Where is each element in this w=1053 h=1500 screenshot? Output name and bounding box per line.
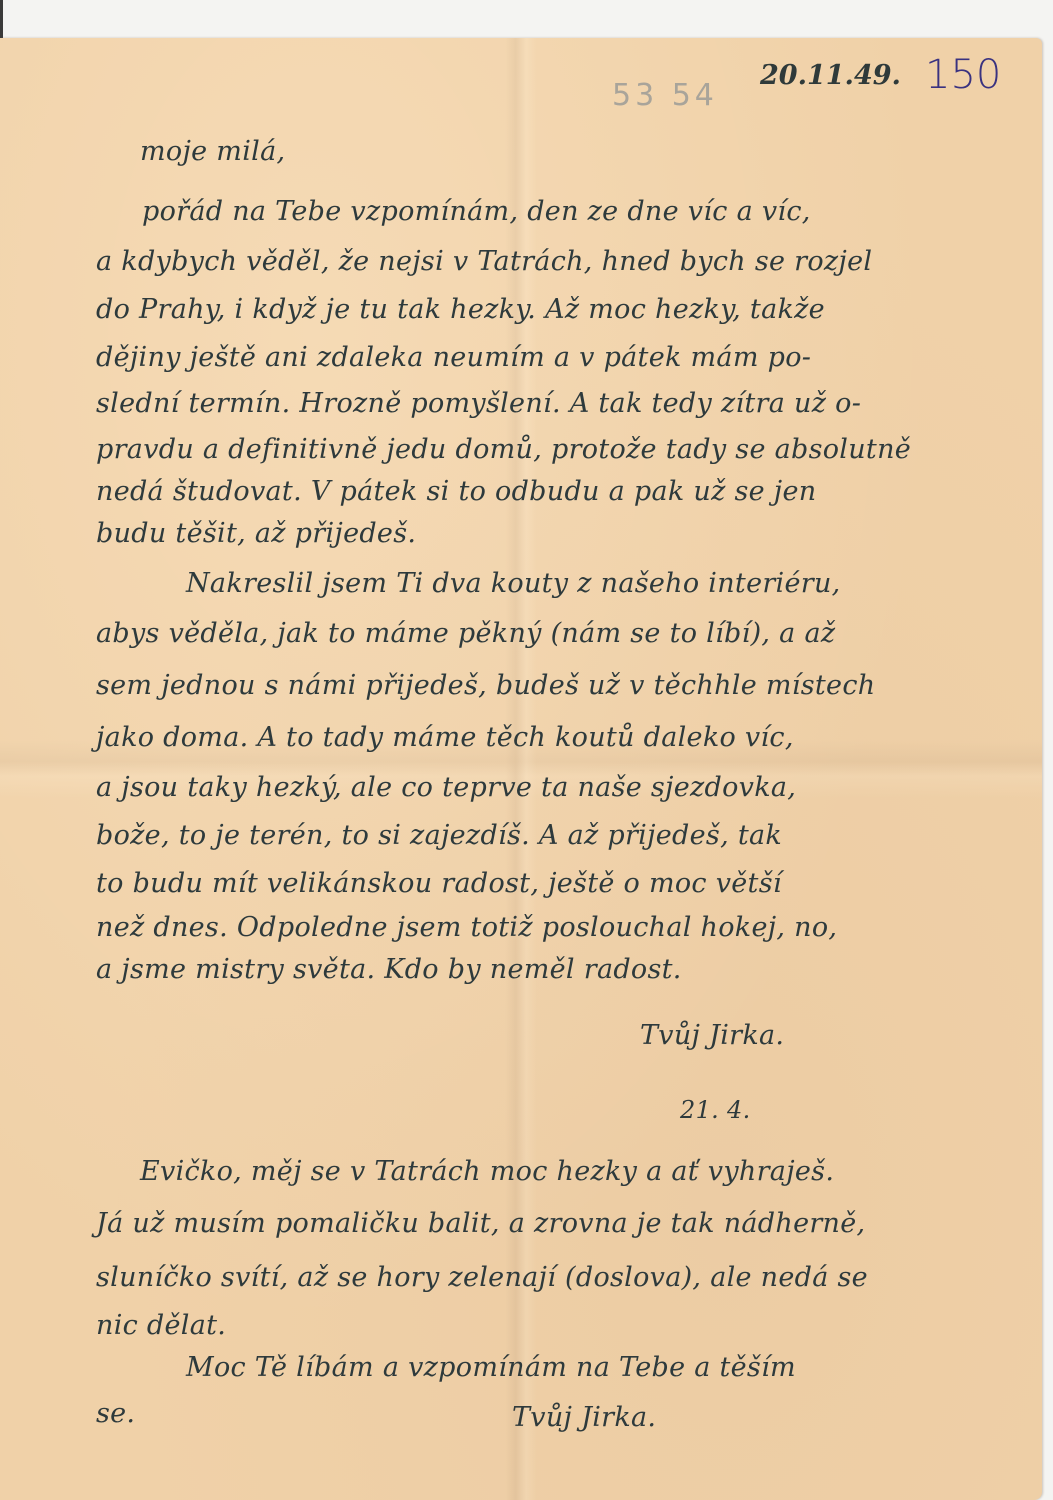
letter-line: sem jednou s námi přijedeš, budeš už v t… — [96, 672, 875, 699]
letter-line: než dnes. Odpoledne jsem totiž posloucha… — [96, 914, 837, 941]
letter-line: do Prahy, i když je tu tak hezky. Až moc… — [96, 296, 825, 323]
postscript-line: Já už musím pomaličku balit, a zrovna je… — [96, 1210, 865, 1237]
letter-line: abys věděla, jak to máme pěkný (nám se t… — [96, 620, 835, 647]
letter-date: 20.11.49. — [760, 60, 901, 91]
postscript-line: Moc Tě líbám a vzpomínám na Tebe a těším — [186, 1354, 796, 1381]
postscript-signature: Tvůj Jirka. — [512, 1404, 656, 1431]
scan-edge — [0, 0, 3, 38]
letter-line: to budu mít velikánskou radost, ještě o … — [96, 870, 782, 897]
letter-line: a jsme mistry světa. Kdo by neměl radost… — [96, 956, 682, 983]
letter-line: a jsou taky hezký, ale co teprve ta naše… — [96, 774, 796, 801]
pencil-page-marks: 53 54 — [612, 78, 718, 113]
postscript-date: 21. 4. — [680, 1098, 751, 1122]
letter-line: pořád na Tebe vzpomínám, den ze dne víc … — [142, 198, 811, 225]
letter-line: budu těšit, až přijedeš. — [96, 520, 416, 547]
letter-line: pravdu a definitivně jedu domů, protože … — [96, 436, 911, 463]
postscript-line: nic dělat. — [96, 1312, 226, 1339]
letter-line: dějiny ještě ani zdaleka neumím a v páte… — [96, 344, 811, 371]
postscript-line: Evičko, měj se v Tatrách moc hezky a ať … — [140, 1158, 834, 1185]
postscript-line: se. — [96, 1400, 135, 1427]
salutation: moje milá, — [140, 138, 285, 165]
letter-line: Nakreslil jsem Ti dva kouty z našeho int… — [186, 570, 841, 597]
postscript-line: sluníčko svítí, až se hory zelenají (dos… — [96, 1264, 868, 1291]
letter-line: slední termín. Hrozně pomyšlení. A tak t… — [96, 390, 861, 417]
archive-number: 150 — [925, 52, 1001, 98]
letter-page: 53 54 20.11.49. 150 moje milá, pořád na … — [0, 38, 1042, 1500]
letter-line: a kdybych věděl, že nejsi v Tatrách, hne… — [96, 248, 872, 275]
letter-line: jako doma. A to tady máme těch koutů dal… — [96, 724, 794, 751]
letter-line: nedá študovat. V pátek si to odbudu a pa… — [96, 478, 816, 505]
signature: Tvůj Jirka. — [640, 1022, 784, 1049]
letter-line: bože, to je terén, to si zajezdíš. A až … — [96, 822, 782, 849]
